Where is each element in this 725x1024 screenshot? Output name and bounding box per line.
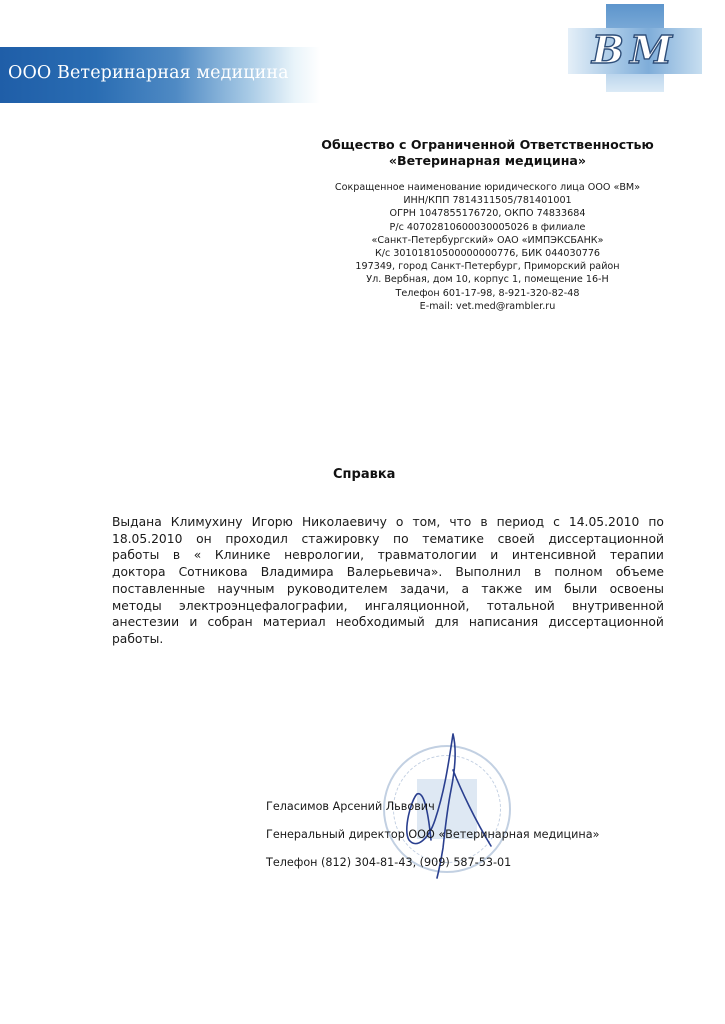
document-body: ВыданаКлимухинуИгорюНиколаевичуотом,чтов…: [112, 514, 664, 648]
body-word: написания: [469, 614, 538, 631]
body-word: Игорю: [252, 514, 293, 531]
body-word: методы: [112, 598, 162, 615]
body-word: задачи,: [400, 581, 449, 598]
body-word: «: [194, 547, 202, 564]
body-word: объеме: [616, 564, 664, 581]
body-word: им: [535, 581, 552, 598]
body-word: руководителем: [287, 581, 388, 598]
body-word: по: [393, 531, 409, 548]
requisite-short-name: Сокращенное наименование юридического ли…: [300, 181, 675, 194]
requisite-corr-account: К/с 30101810500000000776, БИК 044030776: [300, 247, 675, 260]
requisite-email: E-mail: vet.med@rambler.ru: [300, 300, 675, 313]
body-word: Климухину: [171, 514, 243, 531]
body-word: работы.: [112, 631, 163, 648]
body-word: были: [564, 581, 597, 598]
body-word: о: [396, 514, 404, 531]
body-word: диссертационной: [548, 614, 664, 631]
body-word: Владимира: [261, 564, 334, 581]
body-line: ВыданаКлимухинуИгорюНиколаевичуотом,чтов…: [112, 514, 664, 531]
body-word: и: [490, 547, 498, 564]
body-word: Сотникова: [179, 564, 248, 581]
company-heading-line1: Общество с Ограниченной Ответственностью: [300, 137, 675, 153]
body-line: работы.: [112, 631, 664, 648]
body-word: собран: [207, 614, 252, 631]
body-word: 18.05.2010: [112, 531, 182, 548]
body-word: необходимый: [336, 614, 425, 631]
body-word: травматологии: [378, 547, 477, 564]
body-line: анестезииисобранматериалнеобходимыйдляна…: [112, 614, 664, 631]
body-word: в: [534, 564, 541, 581]
body-word: неврологии,: [284, 547, 364, 564]
body-word: материал: [263, 614, 326, 631]
body-word: стажировку: [302, 531, 380, 548]
body-word: он: [196, 531, 212, 548]
body-line: 18.05.2010онпроходилстажировкупотематике…: [112, 531, 664, 548]
body-word: Николаевичу: [302, 514, 387, 531]
body-word: терапии: [610, 547, 664, 564]
body-word: освоены: [610, 581, 664, 598]
company-logo: ВМ: [568, 4, 702, 92]
body-word: тотальной: [487, 598, 555, 615]
body-word: научным: [217, 581, 274, 598]
logo-monogram: ВМ: [570, 30, 700, 70]
body-word: также: [481, 581, 522, 598]
body-word: Выполнил: [455, 564, 520, 581]
body-word: ингаляционной,: [365, 598, 470, 615]
body-word: поставленные: [112, 581, 205, 598]
letterhead-company-name: ООО Ветеринарная медицина: [8, 63, 289, 83]
body-word: электроэнцефалографии,: [179, 598, 347, 615]
body-word: Валерьевича».: [347, 564, 443, 581]
body-line: доктораСотниковаВладимираВалерьевича».Вы…: [112, 564, 664, 581]
document-title: Справка: [333, 467, 395, 482]
body-line: поставленныенаучнымруководителемзадачи,а…: [112, 581, 664, 598]
body-word: для: [435, 614, 459, 631]
body-word: работы: [112, 547, 159, 564]
requisite-city: 197349, город Санкт-Петербург, Приморски…: [300, 260, 675, 273]
body-word: полном: [554, 564, 602, 581]
body-word: диссертационной: [548, 531, 664, 548]
signatory-position: Генеральный директор ООО «Ветеринарная м…: [266, 828, 599, 841]
body-word: с: [553, 514, 560, 531]
body-word: своей: [498, 531, 535, 548]
body-word: анестезии: [112, 614, 179, 631]
body-word: Клинике: [215, 547, 271, 564]
company-requisites: Сокращенное наименование юридического ли…: [300, 181, 675, 313]
body-word: Выдана: [112, 514, 162, 531]
signatory-name: Геласимов Арсений Львович: [266, 800, 435, 813]
body-word: внутривенной: [572, 598, 664, 615]
body-word: а: [462, 581, 470, 598]
requisite-street: Ул. Вербная, дом 10, корпус 1, помещение…: [300, 273, 675, 286]
body-line: методыэлектроэнцефалографии,ингаляционно…: [112, 598, 664, 615]
body-word: в: [480, 514, 487, 531]
signatory-phone: Телефон (812) 304-81-43, (909) 587-53-01: [266, 856, 511, 869]
body-word: 14.05.2010: [569, 514, 639, 531]
body-line: работыв«Клиникеневрологии,травматологиии…: [112, 547, 664, 564]
company-heading-line2: «Ветеринарная медицина»: [300, 153, 675, 169]
body-word: том,: [412, 514, 440, 531]
body-word: что: [449, 514, 471, 531]
company-full-name: Общество с Ограниченной Ответственностью…: [300, 137, 675, 169]
body-word: в: [173, 547, 180, 564]
body-word: интенсивной: [512, 547, 596, 564]
body-word: проходил: [225, 531, 288, 548]
requisite-bank-name: «Санкт-Петербургский» ОАО «ИМПЭКСБАНК»: [300, 234, 675, 247]
body-word: доктора: [112, 564, 165, 581]
requisite-phone: Телефон 601-17-98, 8-921-320-82-48: [300, 287, 675, 300]
body-word: тематике: [422, 531, 484, 548]
requisite-bank-account: Р/с 40702810600030005026 в филиале: [300, 221, 675, 234]
requisite-inn-kpp: ИНН/КПП 7814311505/781401001: [300, 194, 675, 207]
body-word: и: [189, 614, 197, 631]
requisite-ogrn-okpo: ОГРН 1047855176720, ОКПО 74833684: [300, 207, 675, 220]
body-word: период: [497, 514, 544, 531]
body-word: по: [648, 514, 664, 531]
